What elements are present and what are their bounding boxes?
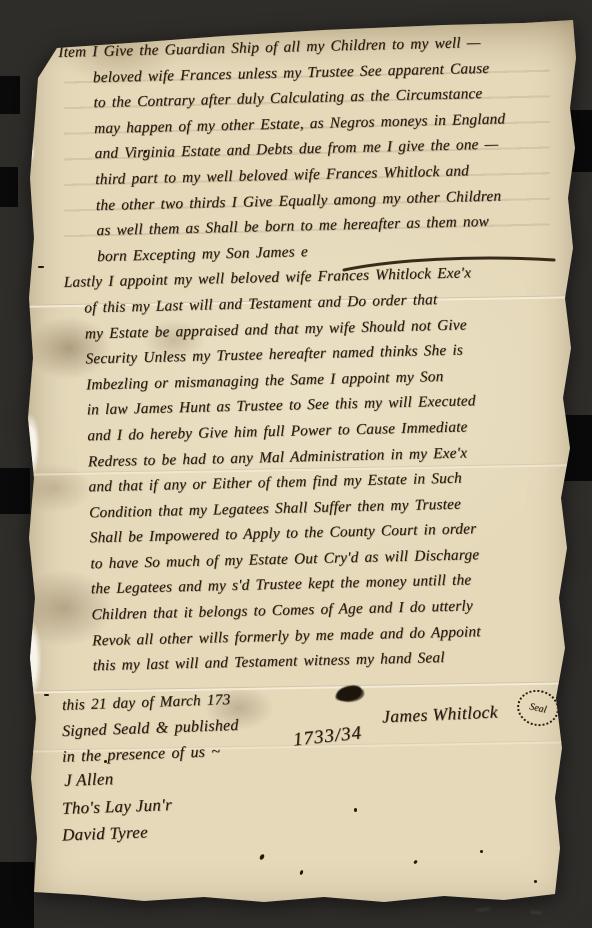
- witness-signature: David Tyree: [62, 823, 149, 846]
- photograph-of-will: Item I Give the Guardian Ship of all my …: [0, 0, 592, 928]
- ink-speck: [480, 850, 483, 853]
- backdrop-band: [0, 76, 20, 114]
- ink-speck: [413, 860, 418, 865]
- witness-signature: Tho's Lay Jun'r: [62, 795, 173, 819]
- ink-speck: [259, 853, 265, 860]
- wax-seal: Seal: [514, 686, 563, 730]
- ink-speck: [299, 870, 304, 876]
- ink-speck: [104, 760, 107, 763]
- torn-paper-fibre: [21, 136, 35, 166]
- ink-speck: [534, 880, 537, 883]
- ink-speck: [44, 694, 49, 696]
- attestation-line: in the presence of us ~: [62, 743, 221, 767]
- backdrop-band: [0, 167, 18, 207]
- paper-sheet: Item I Give the Guardian Ship of all my …: [24, 18, 580, 914]
- manuscript-body: Item I Give the Guardian Ship of all my …: [58, 28, 581, 680]
- ink-speck: [144, 150, 147, 153]
- ink-speck: [354, 808, 357, 812]
- pen-flourish: [342, 254, 558, 274]
- testator-signature: James Whitlock: [382, 701, 499, 727]
- paper-surface: Item I Give the Guardian Ship of all my …: [24, 18, 580, 914]
- fold-crease: [24, 681, 572, 694]
- date-line: this 21 day of March 173: [62, 691, 231, 715]
- seal-label: Seal: [528, 701, 547, 715]
- year-notation: 1733/34: [292, 722, 363, 751]
- attestation-line: Signed Seald & published: [62, 717, 239, 741]
- witness-signature: J Allen: [64, 769, 114, 791]
- ink-speck: [38, 266, 44, 268]
- torn-paper-fibre: [18, 618, 42, 702]
